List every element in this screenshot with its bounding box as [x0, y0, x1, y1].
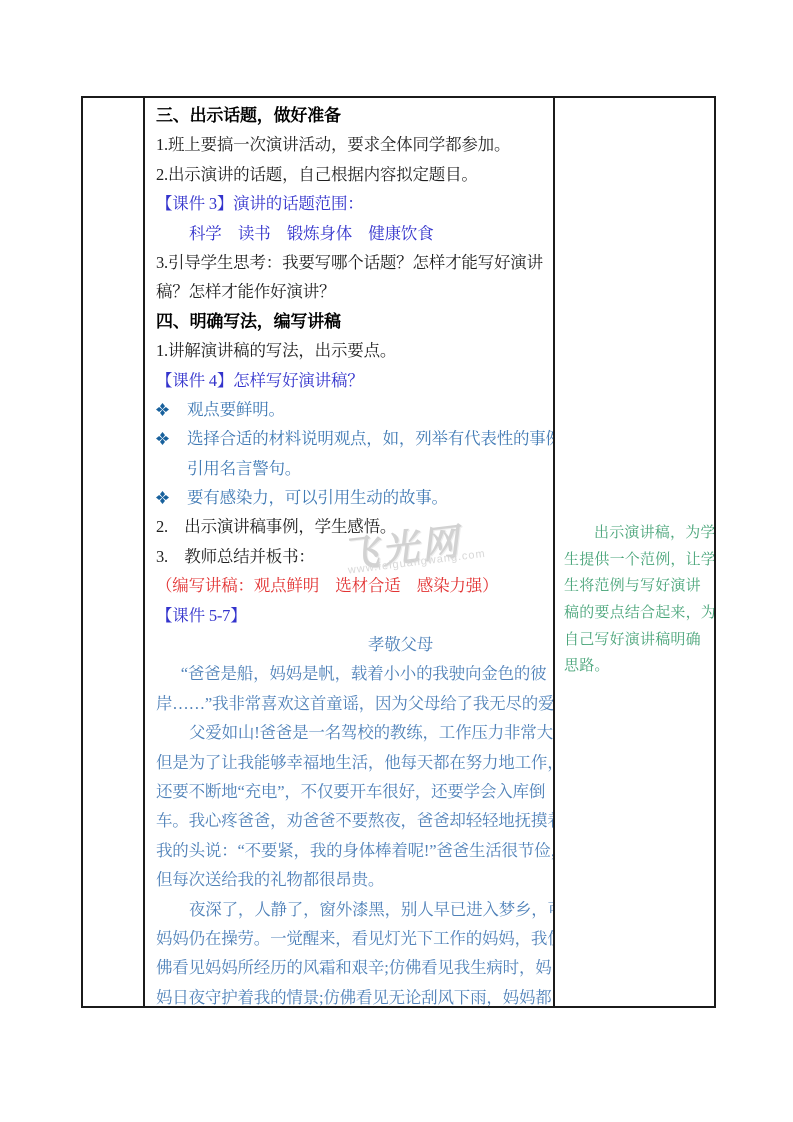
doc-line-heading: 四、明确写法，编写讲稿 — [156, 307, 550, 336]
doc-line-courseware: 【课件 4】怎样写好演讲稿？ — [156, 366, 550, 395]
doc-line-courseware: 【课件 3】演讲的话题范围： — [156, 189, 550, 218]
diamond-bullet-icon — [156, 491, 187, 504]
diamond-bullet-icon — [156, 403, 187, 416]
doc-line-board-note: （编写讲稿：观点鲜明 选材合适 感染力强） — [156, 571, 550, 600]
design-intent-line: 出示演讲稿，为学 — [564, 520, 708, 547]
doc-line-essay: “爸爸是船，妈妈是帆，载着小小的我驶向金色的彼 — [156, 659, 550, 688]
doc-line-body: 稿？怎样才能作好演讲？ — [156, 277, 550, 306]
doc-line-essay: 岸……”我非常喜欢这首童谣，因为父母给了我无尽的爱。 — [156, 689, 550, 718]
doc-line-body: 1.讲解演讲稿的写法，出示要点。 — [156, 336, 550, 365]
design-intent-line: 稿的要点结合起来，为 — [564, 600, 708, 627]
doc-line-bullet-cont: 引用名言警句。 — [156, 454, 550, 483]
doc-line-essay: 但每次送给我的礼物都很昂贵。 — [156, 865, 550, 894]
doc-line-essay: 妈妈仍在操劳。一觉醒来，看见灯光下工作的妈妈，我仿 — [156, 924, 550, 953]
doc-line-essay: 车。我心疼爸爸，劝爸爸不要熬夜，爸爸却轻轻地抚摸着 — [156, 806, 550, 835]
doc-line-essay: 父爱如山!爸爸是一名驾校的教练，工作压力非常大。 — [156, 718, 550, 747]
document-page: 三、出示话题，做好准备1.班上要搞一次演讲活动，要求全体同学都参加。2.出示演讲… — [0, 0, 793, 1122]
table-cell-design-intent: 出示演讲稿，为学生提供一个范例，让学生将范例与写好演讲稿的要点结合起来，为自己写… — [555, 98, 714, 1006]
doc-line-topics: 科学 读书 锻炼身体 健康饮食 — [156, 219, 550, 248]
table-cell-teaching-steps: 三、出示话题，做好准备1.班上要搞一次演讲活动，要求全体同学都参加。2.出示演讲… — [145, 98, 555, 1006]
doc-line-essay: 还要不断地“充电”，不仅要开车很好，还要学会入库倒 — [156, 777, 550, 806]
doc-line-bullet: 要有感染力，可以引用生动的故事。 — [156, 483, 550, 512]
doc-line-heading: 三、出示话题，做好准备 — [156, 101, 550, 130]
doc-line-essay: 佛看见妈妈所经历的风霜和艰辛;仿佛看见我生病时，妈 — [156, 953, 550, 982]
lesson-plan-table: 三、出示话题，做好准备1.班上要搞一次演讲活动，要求全体同学都参加。2.出示演讲… — [81, 96, 716, 1008]
doc-line-essay: 我的头说：“不要紧，我的身体棒着呢!”爸爸生活很节俭， — [156, 836, 550, 865]
doc-line-essay: 妈日夜守护着我的情景;仿佛看见无论刮风下雨，妈妈都 — [156, 983, 550, 1006]
design-intent-line: 生提供一个范例，让学 — [564, 547, 708, 574]
table-cell-left — [83, 98, 145, 1006]
bullet-text: 要有感染力，可以引用生动的故事。 — [187, 483, 448, 512]
doc-line-body: 1.班上要搞一次演讲活动，要求全体同学都参加。 — [156, 130, 550, 159]
design-intent-line: 自己写好演讲稿明确 — [564, 627, 708, 654]
design-intent-line: 思路。 — [564, 653, 708, 680]
doc-line-bullet: 观点要鲜明。 — [156, 395, 550, 424]
doc-line-body: 3.引导学生思考：我要写哪个话题？怎样才能写好演讲 — [156, 248, 550, 277]
doc-line-essay: 夜深了，人静了，窗外漆黑，别人早已进入梦乡，可 — [156, 895, 550, 924]
bullet-text: 选择合适的材料说明观点，如，列举有代表性的事例， — [187, 424, 555, 453]
doc-line-essay: 但是为了让我能够幸福地生活，他每天都在努力地工作， — [156, 748, 550, 777]
doc-line-body: 3. 教师总结并板书： — [156, 542, 550, 571]
doc-line-bullet: 选择合适的材料说明观点，如，列举有代表性的事例， — [156, 424, 550, 453]
diamond-bullet-icon — [156, 432, 187, 445]
doc-line-body: 2. 出示演讲稿事例，学生感悟。 — [156, 512, 550, 541]
doc-line-courseware: 【课件 5-7】 — [156, 601, 550, 630]
doc-line-essay-title: 孝敬父母 — [156, 630, 550, 659]
bullet-text: 观点要鲜明。 — [187, 395, 285, 424]
doc-line-body: 2.出示演讲的话题，自己根据内容拟定题目。 — [156, 160, 550, 189]
design-intent-line: 生将范例与写好演讲 — [564, 573, 708, 600]
